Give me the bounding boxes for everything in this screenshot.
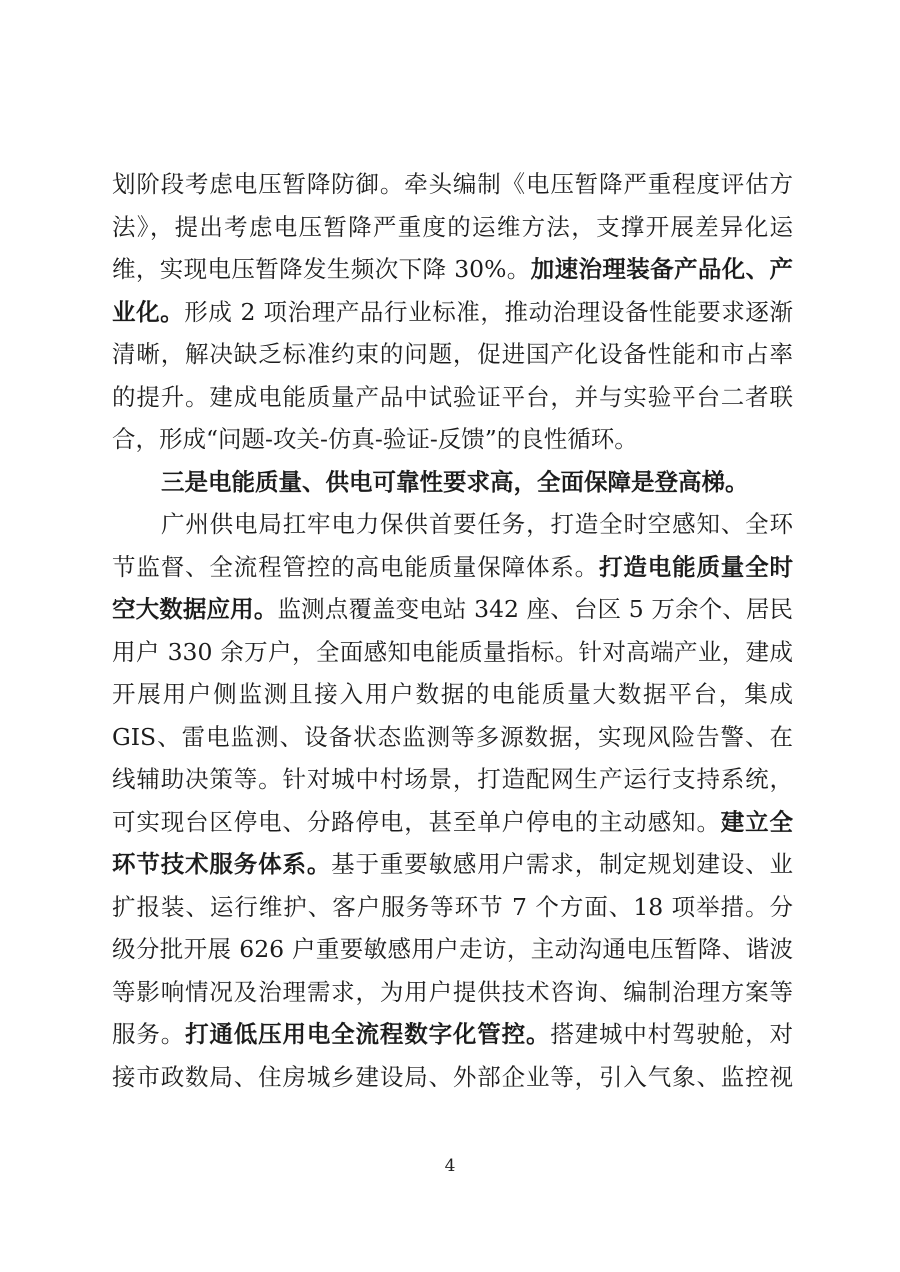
page-number: 4 bbox=[445, 1156, 456, 1176]
text-run: 的提升。建成电能质量产品中试验证平台，并与实验平台二者联 bbox=[112, 383, 793, 411]
text-run: 广州供电局扛牢电力保供首要任务，打造全时空感知、全环 bbox=[161, 510, 793, 538]
text-line: GIS、雷电监测、设备状态监测等多源数据，实现风险告警、在 bbox=[112, 716, 793, 759]
document-text-block: 划阶段考虑电压暂降防御。牵头编制《电压暂降严重程度评估方法》，提出考虑电压暂降严… bbox=[112, 163, 793, 1098]
text-line: 的提升。建成电能质量产品中试验证平台，并与实验平台二者联 bbox=[112, 376, 793, 419]
text-run: 用户 330 余万户，全面感知电能质量指标。针对高端产业，建成 bbox=[112, 638, 793, 666]
page-footer: 4 bbox=[0, 1156, 900, 1176]
text-run: 监测点覆盖变电站 342 座、台区 5 万余个、居民 bbox=[277, 595, 793, 623]
bold-text-run: 打造电能质量全时 bbox=[599, 553, 793, 581]
text-run: 形成 2 项治理产品行业标准，推动治理设备性能要求逐渐 bbox=[184, 298, 793, 326]
text-line: 等影响情况及治理需求，为用户提供技术咨询、编制治理方案等 bbox=[112, 971, 793, 1014]
text-line: 节监督、全流程管控的高电能质量保障体系。打造电能质量全时 bbox=[112, 546, 793, 589]
text-run: 节监督、全流程管控的高电能质量保障体系。 bbox=[112, 553, 599, 581]
text-run: 扩报装、运行维护、客户服务等环节 7 个方面、18 项举措。分 bbox=[112, 893, 793, 921]
text-line: 清晰，解决缺乏标准约束的问题，促进国产化设备性能和市占率 bbox=[112, 333, 793, 376]
text-run: 等影响情况及治理需求，为用户提供技术咨询、编制治理方案等 bbox=[112, 978, 793, 1006]
bold-text-run: 空大数据应用。 bbox=[112, 595, 277, 623]
text-line: 级分批开展 626 户重要敏感用户走访，主动沟通电压暂降、谐波 bbox=[112, 928, 793, 971]
text-run: GIS、雷电监测、设备状态监测等多源数据，实现风险告警、在 bbox=[112, 723, 793, 751]
text-line: 可实现台区停电、分路停电，甚至单户停电的主动感知。建立全 bbox=[112, 801, 793, 844]
text-line: 接市政数局、住房城乡建设局、外部企业等，引入气象、监控视 bbox=[112, 1056, 793, 1099]
bold-text-run: 打通低压用电全流程数字化管控。 bbox=[185, 1020, 550, 1048]
text-run: 接市政数局、住房城乡建设局、外部企业等，引入气象、监控视 bbox=[112, 1063, 793, 1091]
text-run: 服务。 bbox=[112, 1020, 185, 1048]
text-run: 可实现台区停电、分路停电，甚至单户停电的主动感知。 bbox=[112, 808, 721, 836]
text-line: 开展用户侧监测且接入用户数据的电能质量大数据平台，集成 bbox=[112, 673, 793, 716]
text-run: 法》，提出考虑电压暂降严重度的运维方法，支撑开展差异化运 bbox=[112, 213, 793, 241]
text-line: 线辅助决策等。针对城中村场景，打造配网生产运行支持系统， bbox=[112, 758, 793, 801]
text-run: 级分批开展 626 户重要敏感用户走访，主动沟通电压暂降、谐波 bbox=[112, 935, 793, 963]
text-line: 服务。打通低压用电全流程数字化管控。搭建城中村驾驶舱，对 bbox=[112, 1013, 793, 1056]
text-line: 用户 330 余万户，全面感知电能质量指标。针对高端产业，建成 bbox=[112, 631, 793, 674]
text-run: 线辅助决策等。针对城中村场景，打造配网生产运行支持系统， bbox=[112, 765, 793, 793]
text-run: 清晰，解决缺乏标准约束的问题，促进国产化设备性能和市占率 bbox=[112, 340, 793, 368]
text-run: 维，实现电压暂降发生频次下降 30%。 bbox=[112, 255, 531, 283]
text-run: 合，形成“问题-攻关-仿真-验证-反馈”的良性循环。 bbox=[112, 425, 638, 453]
text-line: 合，形成“问题-攻关-仿真-验证-反馈”的良性循环。 bbox=[112, 418, 793, 461]
text-line: 广州供电局扛牢电力保供首要任务，打造全时空感知、全环 bbox=[112, 503, 793, 546]
text-run: 开展用户侧监测且接入用户数据的电能质量大数据平台，集成 bbox=[112, 680, 793, 708]
bold-text-run: 三是电能质量、供电可靠性要求高，全面保障是登高梯。 bbox=[161, 468, 749, 496]
text-line: 维，实现电压暂降发生频次下降 30%。加速治理装备产品化、产 bbox=[112, 248, 793, 291]
bold-text-run: 环节技术服务体系。 bbox=[112, 850, 331, 878]
document-page: 划阶段考虑电压暂降防御。牵头编制《电压暂降严重程度评估方法》，提出考虑电压暂降严… bbox=[0, 0, 900, 1272]
text-line: 环节技术服务体系。基于重要敏感用户需求，制定规划建设、业 bbox=[112, 843, 793, 886]
text-line: 扩报装、运行维护、客户服务等环节 7 个方面、18 项举措。分 bbox=[112, 886, 793, 929]
bold-text-run: 加速治理装备产品化、产 bbox=[531, 255, 793, 283]
bold-text-run: 业化。 bbox=[112, 298, 184, 326]
text-line: 业化。形成 2 项治理产品行业标准，推动治理设备性能要求逐渐 bbox=[112, 291, 793, 334]
text-line: 划阶段考虑电压暂降防御。牵头编制《电压暂降严重程度评估方 bbox=[112, 163, 793, 206]
bold-text-run: 建立全 bbox=[721, 808, 793, 836]
text-run: 基于重要敏感用户需求，制定规划建设、业 bbox=[331, 850, 793, 878]
text-line: 法》，提出考虑电压暂降严重度的运维方法，支撑开展差异化运 bbox=[112, 206, 793, 249]
text-line: 空大数据应用。监测点覆盖变电站 342 座、台区 5 万余个、居民 bbox=[112, 588, 793, 631]
text-run: 划阶段考虑电压暂降防御。牵头编制《电压暂降严重程度评估方 bbox=[112, 170, 793, 198]
text-line: 三是电能质量、供电可靠性要求高，全面保障是登高梯。 bbox=[112, 461, 793, 504]
text-run: 搭建城中村驾驶舱，对 bbox=[550, 1020, 793, 1048]
